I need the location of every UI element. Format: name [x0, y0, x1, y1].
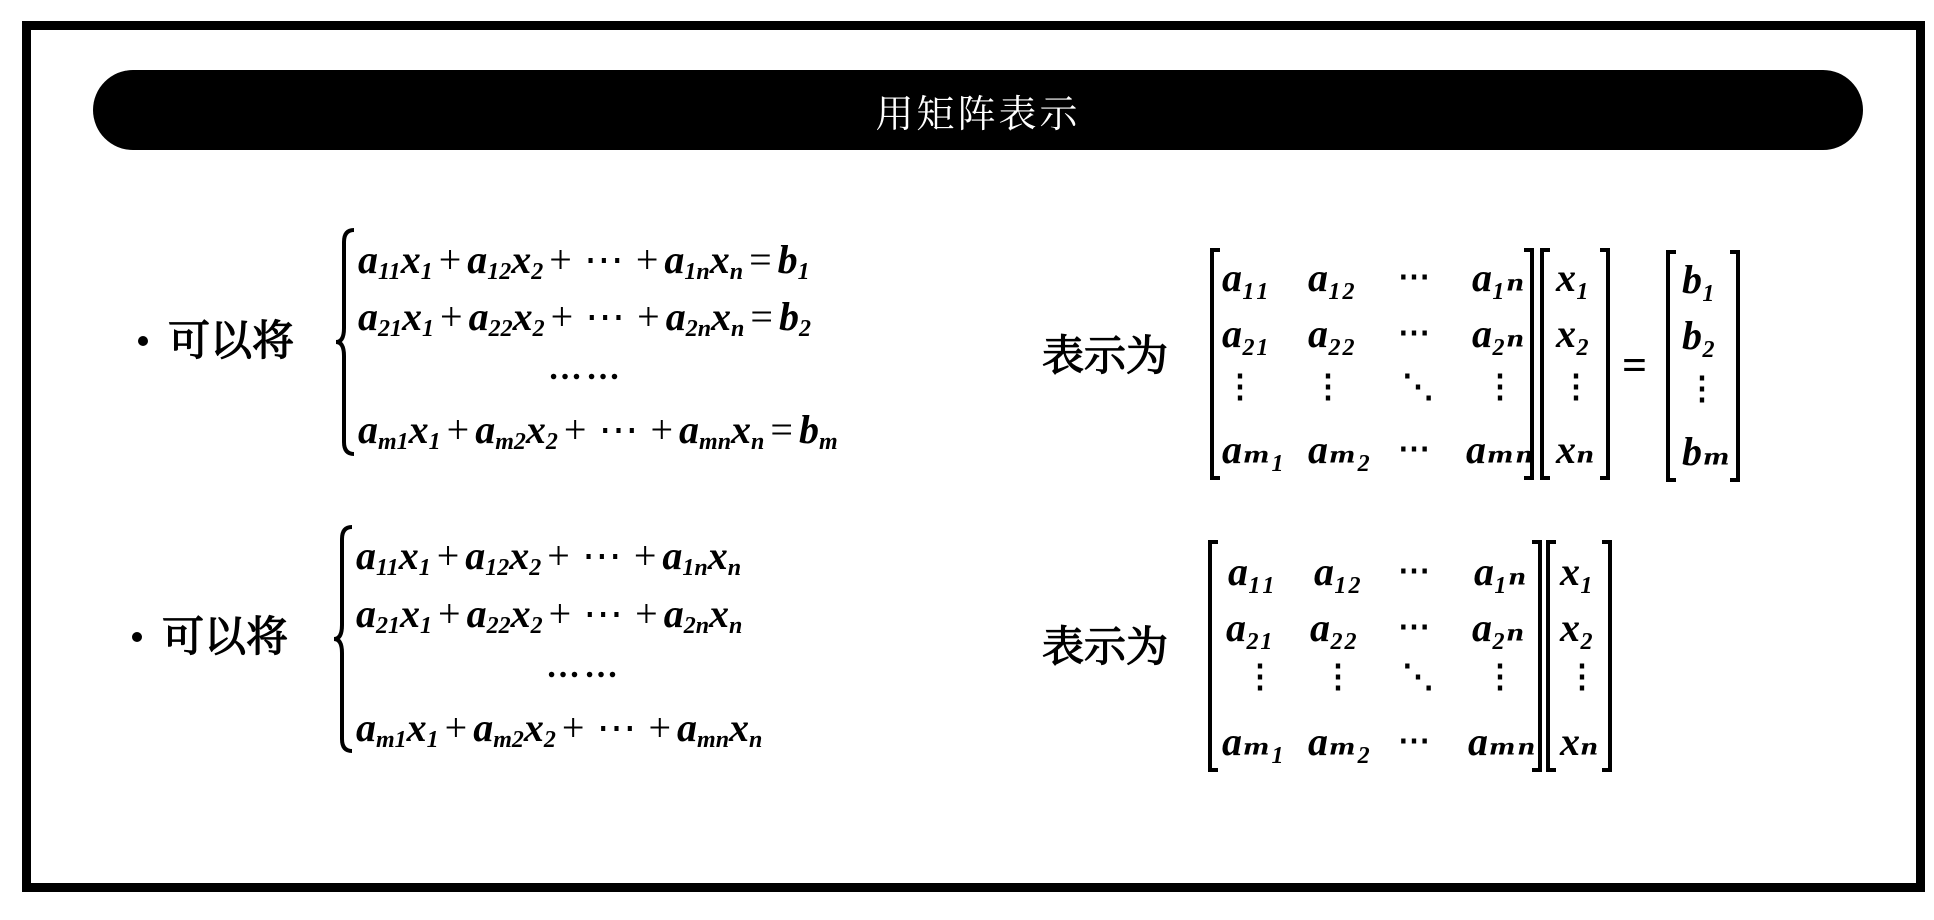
cell: x₂ [1560, 608, 1594, 648]
cell: x₁ [1556, 258, 1590, 298]
equation-2-1: a11x1+a12x2+⋯+a1nxn [356, 536, 741, 580]
cell: ⋮ [1322, 660, 1354, 692]
cell: ⋯ [1398, 432, 1430, 464]
cell: ⋮ [1484, 660, 1516, 692]
cell: aₘ₁ [1222, 430, 1285, 470]
ellipsis-row-2: …… [546, 650, 622, 684]
cell: a₁₂ [1314, 552, 1362, 592]
b-vector-left-bracket-1 [1664, 250, 1678, 482]
x-vector-left-bracket-1 [1538, 248, 1552, 480]
cell: b₂ [1682, 316, 1716, 356]
cell: a₂₁ [1222, 314, 1270, 354]
cell: ⋮ [1566, 660, 1598, 692]
cell: b₁ [1682, 260, 1716, 300]
equals-sign-1: = [1622, 344, 1647, 388]
cell: aₘₙ [1468, 722, 1535, 762]
left-brace-2 [332, 525, 354, 753]
cell: aₘ₁ [1222, 722, 1285, 762]
cell: a₂₁ [1226, 608, 1274, 648]
cell: ⋱ [1402, 370, 1434, 402]
equation-2-m: am1x1+am2x2+⋯+amnxn [356, 708, 762, 752]
cell: a₂ₙ [1472, 314, 1524, 354]
slide-frame [22, 21, 1925, 892]
cell: ⋯ [1398, 316, 1430, 348]
cell: aₘₙ [1466, 430, 1533, 470]
ellipsis-row-1: …… [548, 352, 624, 386]
cell: a₁ₙ [1472, 258, 1524, 298]
cell: x₁ [1560, 552, 1594, 592]
slide-title: 用矩阵表示 [875, 83, 1080, 138]
equation-1-2: a21x1+a22x2+⋯+a2nxn=b2 [358, 297, 811, 341]
cell: ⋯ [1398, 610, 1430, 642]
cell: a₂₂ [1308, 314, 1356, 354]
bullet-2 [132, 632, 142, 642]
equation-2-2: a21x1+a22x2+⋯+a2nxn [356, 594, 742, 638]
matrix-a-1: a₁₁ a₁₂ ⋯ a₁ₙ a₂₁ a₂₂ ⋯ a₂ₙ ⋮ ⋮ ⋱ ⋮ aₘ₁ … [1222, 250, 1522, 480]
cell: a₁₁ [1222, 258, 1270, 298]
cell: x₂ [1556, 314, 1590, 354]
cell: xₙ [1560, 722, 1598, 762]
bullet-1 [138, 336, 148, 346]
lead-text-2: 可以将 [162, 616, 288, 658]
cell: ⋮ [1484, 370, 1516, 402]
cell: ⋮ [1560, 370, 1592, 402]
cell: a₁ₙ [1474, 552, 1526, 592]
cell: ⋮ [1312, 370, 1344, 402]
x-vector-right-bracket-1 [1598, 248, 1612, 480]
left-brace-1 [334, 228, 356, 456]
b-vector-1: b₁ b₂ ⋮ bₘ [1682, 252, 1728, 482]
cell: bₘ [1682, 432, 1731, 472]
connector-text-1: 表示为 [1042, 335, 1168, 377]
cell: a₂₂ [1310, 608, 1358, 648]
x-vector-1: x₁ x₂ ⋮ xₙ [1556, 250, 1600, 480]
x-vector-right-bracket-2 [1600, 540, 1614, 772]
matrix-a-2: a₁₁ a₁₂ ⋯ a₁ₙ a₂₁ a₂₂ ⋯ a₂ₙ ⋮ ⋮ ⋱ ⋮ aₘ₁ … [1222, 542, 1528, 772]
cell: a₁₂ [1308, 258, 1356, 298]
cell: xₙ [1556, 430, 1594, 470]
cell: ⋯ [1398, 724, 1430, 756]
cell: aₘ₂ [1308, 722, 1371, 762]
cell: ⋮ [1224, 370, 1256, 402]
cell: ⋯ [1398, 260, 1430, 292]
lead-text-1: 可以将 [168, 320, 294, 362]
x-vector-2: x₁ x₂ ⋮ xₙ [1560, 542, 1602, 772]
title-bar: 用矩阵表示 [93, 70, 1863, 150]
connector-text-2: 表示为 [1042, 626, 1168, 668]
cell: aₘ₂ [1308, 430, 1371, 470]
equation-1-m: am1x1+am2x2+⋯+amnxn=bm [358, 410, 838, 454]
matrix-a-left-bracket-2 [1206, 540, 1220, 772]
x-vector-left-bracket-2 [1544, 540, 1558, 772]
cell: ⋮ [1686, 372, 1718, 404]
cell: ⋯ [1398, 554, 1430, 586]
cell: a₂ₙ [1472, 608, 1524, 648]
matrix-a-left-bracket-1 [1208, 248, 1222, 480]
cell: ⋮ [1244, 660, 1276, 692]
cell: a₁₁ [1228, 552, 1276, 592]
equation-1-1: a11x1+a12x2+⋯+a1nxn=b1 [358, 240, 810, 284]
cell: ⋱ [1402, 660, 1434, 692]
